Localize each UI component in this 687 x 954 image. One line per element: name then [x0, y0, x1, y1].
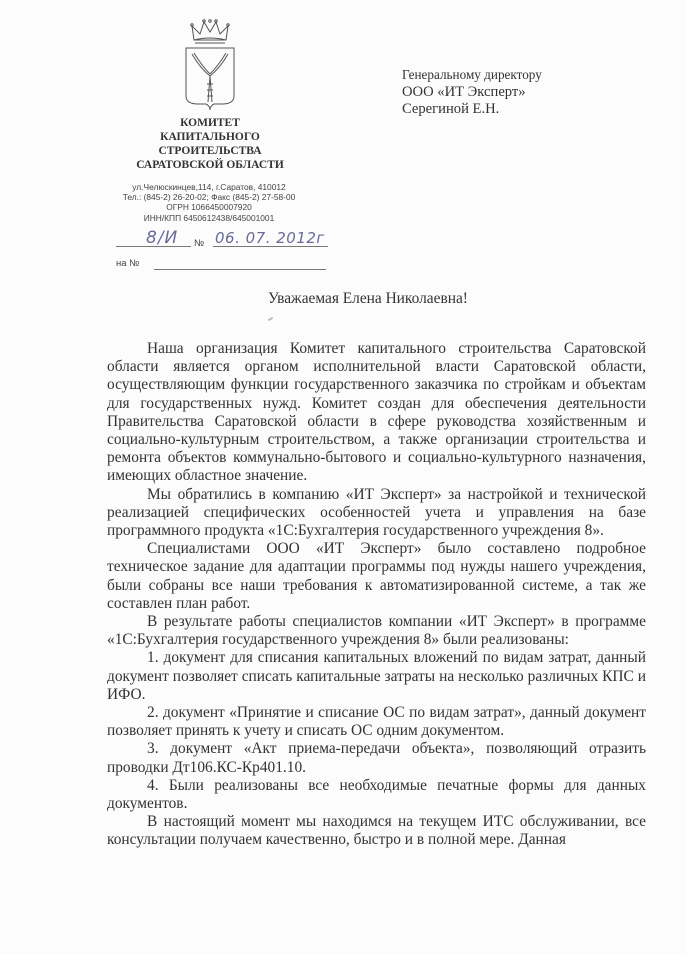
addressee-name: Серегиной Е.Н. [402, 101, 542, 119]
org-name-line: СТРОИТЕЛЬСТВА [110, 144, 310, 158]
scan-speck [268, 317, 273, 321]
addressee-position: Генеральному директору [402, 66, 542, 84]
paragraph-intro: Наша организация Комитет капитального ст… [107, 340, 646, 486]
number-sign: № [194, 238, 204, 249]
list-item-4: 4. Были реализованы все необходимые печа… [107, 777, 646, 813]
salutation: Уважаемая Елена Николаевна! [268, 290, 468, 308]
org-name-line: КОМИТЕТ [110, 116, 310, 130]
org-name-line: КАПИТАЛЬНОГО [110, 130, 310, 144]
saratov-coat-of-arms-icon [180, 18, 240, 114]
addressee-block: Генеральному директору ООО «ИТ Эксперт» … [402, 66, 542, 119]
registration-row: 8/И № 06. 07. 2012г [116, 228, 356, 250]
reply-reference-label: на № [116, 258, 139, 269]
list-item-1: 1. документ для списания капитальных вло… [107, 649, 646, 704]
registration-date-handwritten: 06. 07. 2012г [215, 229, 325, 247]
address-line: ул.Челюскинцев,114, г.Саратов, 410012 [104, 182, 314, 192]
reply-reference-underline [154, 269, 326, 270]
inn-kpp-line: ИНН/КПП 6450612438/645001001 [104, 213, 314, 223]
registration-number-handwritten: 8/И [146, 228, 178, 248]
list-item-2: 2. документ «Принятие и списание ОС по в… [107, 704, 646, 740]
paragraph-results: В результате работы специалистов компани… [107, 613, 646, 649]
org-contacts: ул.Челюскинцев,114, г.Саратов, 410012 Те… [104, 182, 314, 223]
org-name: КОМИТЕТ КАПИТАЛЬНОГО СТРОИТЕЛЬСТВА САРАТ… [110, 116, 310, 172]
addressee-company: ООО «ИТ Эксперт» [402, 84, 542, 102]
org-name-line: САРАТОВСКОЙ ОБЛАСТИ [110, 158, 310, 172]
letter-page: КОМИТЕТ КАПИТАЛЬНОГО СТРОИТЕЛЬСТВА САРАТ… [0, 0, 687, 954]
phone-fax-line: Тел.: (845-2) 26-20-02; Факс (845-2) 27-… [104, 192, 314, 202]
ogrn-line: ОГРН 1066450007920 [104, 202, 314, 212]
paragraph-specification: Специалистами ООО «ИТ Эксперт» было сост… [107, 540, 646, 613]
letter-body: Наша организация Комитет капитального ст… [107, 340, 646, 850]
paragraph-request: Мы обратились в компанию «ИТ Эксперт» за… [107, 486, 646, 541]
list-item-3: 3. документ «Акт приема-передачи объекта… [107, 740, 646, 776]
paragraph-support: В настоящий момент мы находимся на текущ… [107, 813, 646, 849]
reply-reference-row: на № [116, 256, 336, 272]
